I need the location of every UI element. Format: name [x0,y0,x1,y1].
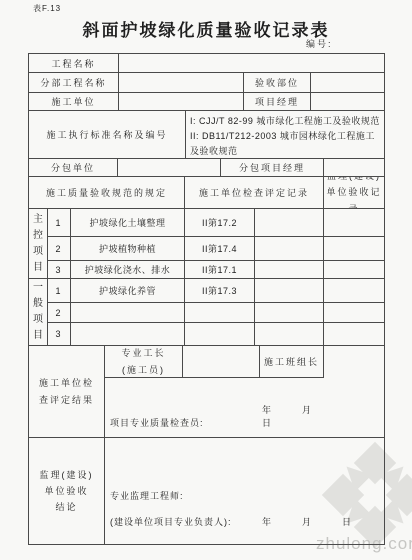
construction-unit-label: 施工单位 [29,93,119,110]
form-code: 表F.13 [33,3,61,14]
checklist-rows: 1 护坡绿化土壤整理 II第17.2 2 护坡植物种植 II第17.4 3 护坡… [48,209,384,345]
inspection-header: 施工单位检查评定记录 [185,177,324,208]
foreman-label: 专业工长 (施工员) [105,346,183,377]
checklist-row: 2 [48,303,384,323]
acceptance-part-value [311,73,384,92]
foreman-signature-cell [183,346,260,377]
item-group-column: 主控项目 一般项目 [29,209,48,345]
standard-text: I: CJJ/T 82-99 城市绿化工程施工及验收规范 II: DB11/T2… [186,111,384,158]
evaluation-section: 施工单位检 查评定结果 专业工长 (施工员) 施工班组长 项目专业质量检查员: … [29,346,384,438]
checklist-row: 3 [48,323,384,345]
item-name: 护坡植物种植 [71,237,185,260]
row-number: 1 [48,209,71,236]
inspector-date: 年 月 日 [262,403,324,429]
checklist-body: 主控项目 一般项目 1 护坡绿化土壤整理 II第17.2 2 护坡植物种植 II [29,209,384,346]
owner-representative-label: (建设单位项目专业负责人): [110,515,232,528]
crew-leader-label: 施工班组长 [260,346,324,377]
inspection-result-cell [255,209,324,236]
item-name: 护坡绿化浇水、排水 [71,261,185,278]
supervision-record-cell [324,237,384,260]
project-manager-label: 项目经理 [244,93,311,110]
supervision-record-cell [324,209,384,236]
subproject-value [119,73,244,92]
construction-unit-value [119,93,244,110]
project-name-value [119,54,384,72]
spec-reference [185,323,255,345]
general-items-group-label: 一般项目 [29,279,47,345]
checklist-row: 1 护坡绿化养管 II第17.3 [48,279,384,303]
project-manager-value [311,93,384,110]
inspection-result-cell [255,323,324,345]
checklist-row: 2 护坡植物种植 II第17.4 [48,237,384,261]
subproject-row: 分部工程名称 验收部位 [29,73,384,93]
inspection-result-cell [255,279,324,302]
spec-reference: II第17.1 [185,261,255,278]
scanned-form-page: 表F.13 斜面护坡绿化质量验收记录表 编号: zhulong.com 工程名称… [0,0,412,560]
item-name: 护坡绿化土壤整理 [71,209,185,236]
page-title: 斜面护坡绿化质量验收记录表 [0,16,412,41]
inspection-result-cell [255,303,324,322]
evaluation-left-label: 施工单位检 查评定结果 [29,346,105,437]
subcontractor-row: 分包单位 分包项目经理 [29,159,384,177]
supervision-record-cell [324,303,384,322]
supervision-record-cell [324,279,384,302]
evaluation-right: 专业工长 (施工员) 施工班组长 项目专业质量检查员: 年 月 日 [105,346,324,437]
supervision-header: 监理(建设) 单位验收记录 [324,177,384,208]
checklist-row: 1 护坡绿化土壤整理 II第17.2 [48,209,384,237]
inspection-result-cell [255,237,324,260]
construction-unit-row: 施工单位 项目经理 [29,93,384,111]
supervision-engineer-label: 专业监理工程师: [110,489,184,502]
row-number: 2 [48,237,71,260]
acceptance-part-label: 验收部位 [244,73,311,92]
foreman-row: 专业工长 (施工员) 施工班组长 [105,346,324,378]
row-number: 3 [48,261,71,278]
subcontract-manager-label: 分包项目经理 [221,159,324,176]
subproject-label: 分部工程名称 [29,73,119,92]
supervision-left-label: 监理(建设) 单位验收 结论 [29,438,105,544]
subcontractor-label: 分包单位 [29,159,118,176]
item-name [71,323,185,345]
standard-row: 施工执行标准名称及编号 I: CJJ/T 82-99 城市绿化工程施工及验收规范… [29,111,384,159]
subcontract-manager-value [324,159,384,176]
subcontractor-value [118,159,221,176]
inspector-label: 项目专业质量检查员: [110,416,204,429]
project-name-label: 工程名称 [29,54,119,72]
standard-label: 施工执行标准名称及编号 [29,111,186,158]
project-name-row: 工程名称 [29,54,384,73]
main-items-group-label: 主控项目 [29,209,47,279]
item-name: 护坡绿化养管 [71,279,185,302]
checklist-header-row: 施工质量验收规范的规定 施工单位检查评定记录 监理(建设) 单位验收记录 [29,177,384,209]
checklist-row: 3 护坡绿化浇水、排水 II第17.1 [48,261,384,279]
item-name [71,303,185,322]
row-number: 1 [48,279,71,302]
row-number: 3 [48,323,71,345]
spec-reference [185,303,255,322]
spec-header: 施工质量验收规范的规定 [29,177,185,208]
supervision-record-cell [324,261,384,278]
inspector-signature-area: 项目专业质量检查员: 年 月 日 [105,378,324,437]
number-label: 编号: [306,37,333,50]
supervision-section: 监理(建设) 单位验收 结论 专业监理工程师: (建设单位项目专业负责人): 年… [29,438,384,544]
spec-reference: II第17.3 [185,279,255,302]
spec-reference: II第17.4 [185,237,255,260]
row-number: 2 [48,303,71,322]
supervision-date: 年 月 日 [262,515,352,528]
spec-reference: II第17.2 [185,209,255,236]
acceptance-record-table: 工程名称 分部工程名称 验收部位 施工单位 项目经理 施工执行标准名称及编号 I… [28,53,385,545]
inspection-result-cell [255,261,324,278]
supervision-signature-area: 专业监理工程师: (建设单位项目专业负责人): 年 月 日 [105,438,384,544]
supervision-record-cell [324,323,384,345]
